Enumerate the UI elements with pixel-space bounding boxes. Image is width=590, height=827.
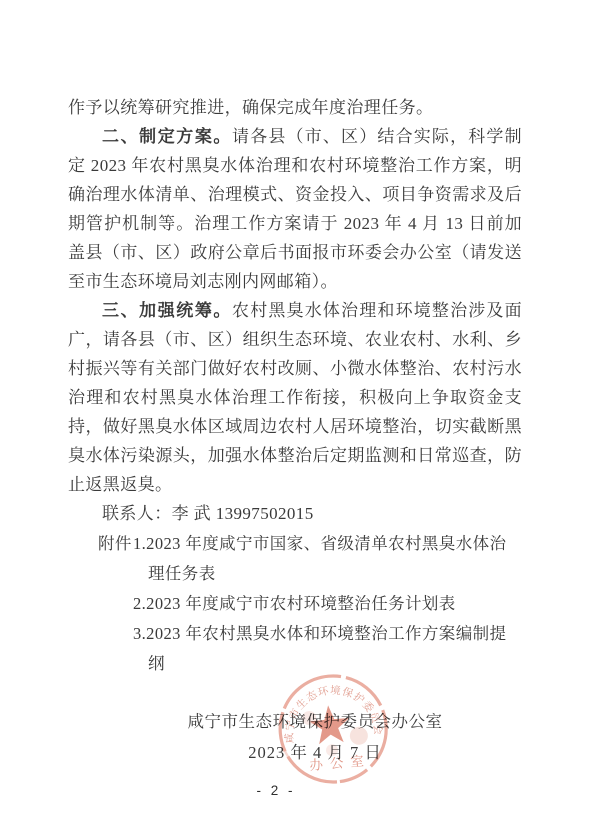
paragraph-continuation: 作予以统筹研究推进，确保完成年度治理任务。 <box>68 93 522 122</box>
attachment-item: 3.2023 年农村黑臭水体和环境整治工作方案编制提纲 <box>133 619 523 679</box>
attachments-label: 附件 <box>98 529 133 559</box>
paragraph-section-2: 二、制定方案。请各县（市、区）结合实际，科学制定 2023 年农村黑臭水体治理和… <box>68 122 522 296</box>
attachments-list: 1.2023 年度咸宁市国家、省级清单农村黑臭水体治理任务表 2.2023 年度… <box>133 529 523 679</box>
issue-date: 2023 年 4 月 7 日 <box>130 737 500 768</box>
contact-line: 联系人：李 武 13997502015 <box>68 499 522 528</box>
paragraph-section-3: 三、加强统筹。农村黑臭水体治理和环境整治涉及面广，请各县（市、区）组织生态环境、… <box>68 296 522 499</box>
page-number: - 2 - <box>226 783 326 798</box>
signature-block: 咸宁市生态环境保护委员会办公室 2023 年 4 月 7 日 <box>130 706 500 768</box>
paragraph-text: 请各县（市、区）结合实际，科学制定 2023 年农村黑臭水体治理和农村环境整治工… <box>68 127 522 291</box>
document-page: 作予以统筹研究推进，确保完成年度治理任务。 二、制定方案。请各县（市、区）结合实… <box>0 0 590 827</box>
issuing-organization: 咸宁市生态环境保护委员会办公室 <box>130 706 500 737</box>
section-2-heading: 二、制定方案。 <box>102 127 232 146</box>
paragraph-text: 作予以统筹研究推进，确保完成年度治理任务。 <box>68 98 433 117</box>
attachment-item: 1.2023 年度咸宁市国家、省级清单农村黑臭水体治理任务表 <box>133 529 523 589</box>
attachments-block: 附件 1.2023 年度咸宁市国家、省级清单农村黑臭水体治理任务表 2.2023… <box>98 529 523 679</box>
attachment-item: 2.2023 年度咸宁市农村环境整治任务计划表 <box>133 589 523 619</box>
paragraph-text: 农村黑臭水体治理和环境整治涉及面广，请各县（市、区）组织生态环境、农业农村、水利… <box>68 301 522 494</box>
section-3-heading: 三、加强统筹。 <box>102 301 232 320</box>
document-body: 作予以统筹研究推进，确保完成年度治理任务。 二、制定方案。请各县（市、区）结合实… <box>68 93 522 528</box>
